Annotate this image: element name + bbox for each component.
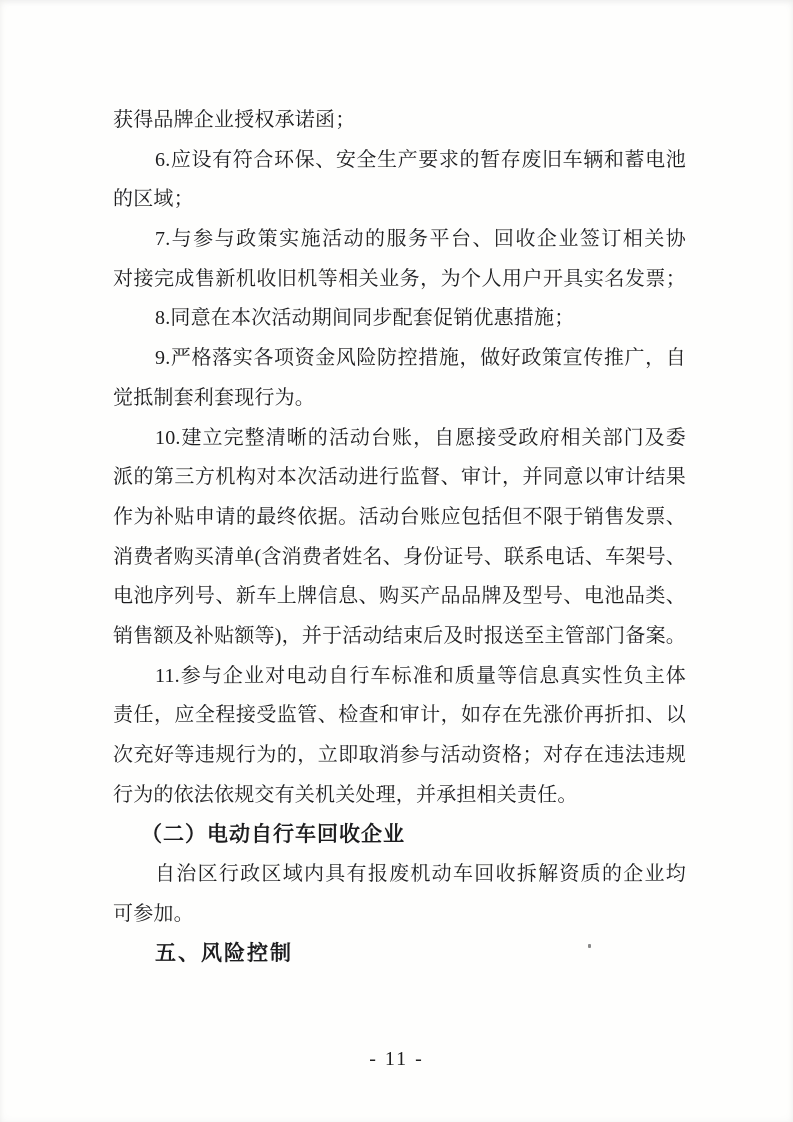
text-line: 行为的依法依规交有关机关处理，并承担相关责任。 [113, 776, 686, 816]
text-line: 次充好等违规行为的，立即取消参与活动资格；对存在违法违规 [113, 736, 686, 776]
text-line: 的区域； [113, 180, 686, 220]
text-line: 对接完成售新机收旧机等相关业务，为个人用户开具实名发票； [113, 260, 686, 300]
section-heading: （二）电动自行车回收企业 [113, 815, 686, 855]
text-line: 11.参与企业对电动自行车标准和质量等信息真实性负主体 [113, 657, 686, 697]
text-line: 消费者购买清单(含消费者姓名、身份证号、联系电话、车架号、 [113, 538, 686, 578]
text-line: 销售额及补贴额等)，并于活动结束后及时报送至主管部门备案。 [113, 617, 686, 657]
text-line: 自治区行政区域内具有报废机动车回收拆解资质的企业均 [113, 855, 686, 895]
section-heading: 五、风险控制 [113, 934, 686, 974]
text-line: 觉抵制套利套现行为。 [113, 379, 686, 419]
text-line: 6.应设有符合环保、安全生产要求的暂存废旧车辆和蓄电池 [113, 141, 686, 181]
text-line: 8.同意在本次活动期间同步配套促销优惠措施； [113, 299, 686, 339]
text-line: 可参加。 [113, 895, 686, 935]
page-number: - 11 - [369, 1048, 424, 1070]
text-line: 派的第三方机构对本次活动进行监督、审计，并同意以审计结果 [113, 458, 686, 498]
text-line: 10.建立完整清晰的活动台账，自愿接受政府相关部门及委 [113, 419, 686, 459]
text-line: 作为补贴申请的最终依据。活动台账应包括但不限于销售发票、 [113, 498, 686, 538]
text-line: 9.严格落实各项资金风险防控措施，做好政策宣传推广，自 [113, 339, 686, 379]
text-line: 电池序列号、新车上牌信息、购买产品品牌及型号、电池品类、 [113, 577, 686, 617]
text-line: 7.与参与政策实施活动的服务平台、回收企业签订相关协议， [113, 220, 686, 260]
page-footer: - 11 - [0, 1048, 793, 1071]
text-line: 获得品牌企业授权承诺函； [113, 101, 686, 141]
scan-speck [588, 944, 591, 948]
document-body: 获得品牌企业授权承诺函；6.应设有符合环保、安全生产要求的暂存废旧车辆和蓄电池的… [113, 101, 686, 974]
document-page: 获得品牌企业授权承诺函；6.应设有符合环保、安全生产要求的暂存废旧车辆和蓄电池的… [0, 0, 793, 1122]
text-line: 责任，应全程接受监管、检查和审计，如存在先涨价再折扣、以 [113, 696, 686, 736]
